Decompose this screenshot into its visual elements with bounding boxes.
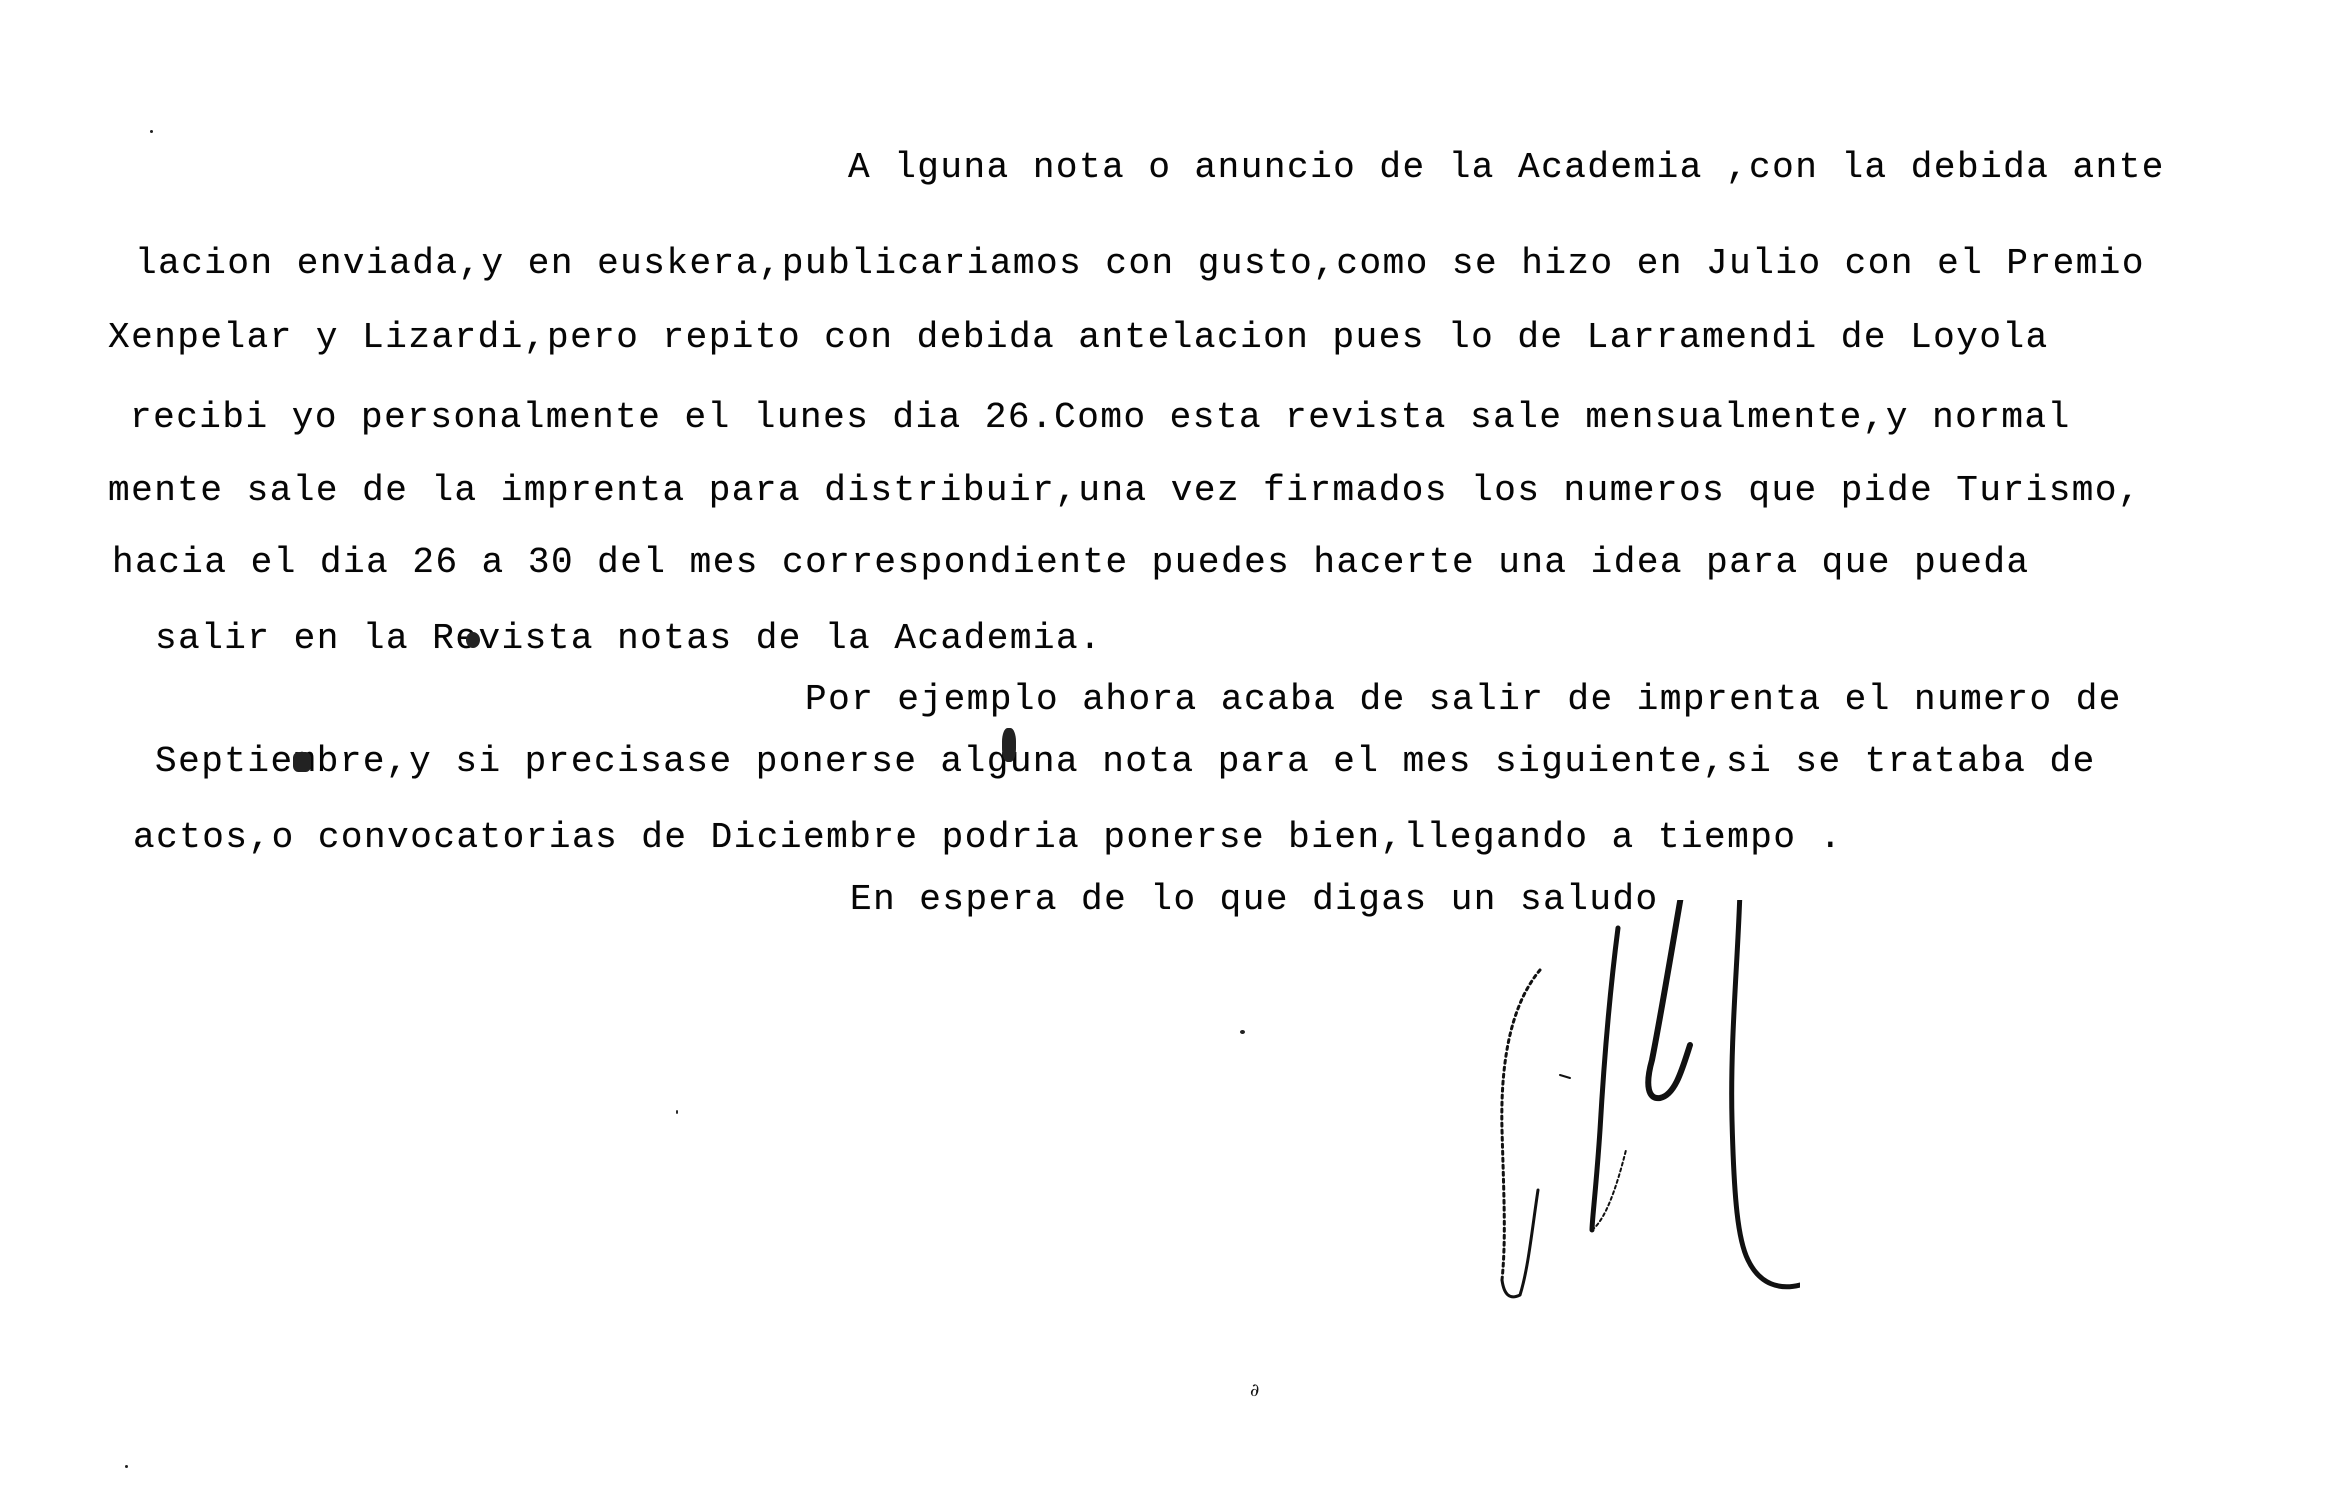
letter-line-1: A lguna nota o anuncio de la Academia ,c…: [848, 150, 2165, 186]
letter-line-9: Septiembre,y si precisase ponerse alguna…: [155, 744, 2096, 780]
scan-speck: [150, 130, 153, 133]
scan-speck: [676, 1110, 678, 1114]
letter-line-7: salir en la Revista notas de la Academia…: [155, 621, 1102, 657]
page-mark: ∂: [1250, 1380, 1259, 1401]
scan-speck: [125, 1465, 128, 1468]
ink-correction-mark: [466, 632, 480, 648]
scan-speck: [1240, 1030, 1245, 1034]
scanned-letter-page: A lguna nota o anuncio de la Academia ,c…: [0, 0, 2347, 1488]
letter-line-3: Xenpelar y Lizardi,pero repito con debid…: [108, 320, 2049, 356]
signature-icon: [1420, 900, 1800, 1340]
letter-line-8: Por ejemplo ahora acaba de salir de impr…: [805, 682, 2122, 718]
letter-line-6: hacia el dia 26 a 30 del mes correspondi…: [112, 545, 2030, 581]
letter-line-5: mente sale de la imprenta para distribui…: [108, 473, 2141, 509]
letter-line-10: actos,o convocatorias de Diciembre podri…: [133, 820, 1843, 856]
letter-line-4: recibi yo personalmente el lunes dia 26.…: [130, 400, 2071, 436]
ink-correction-mark: [293, 752, 311, 772]
letter-line-2: lacion enviada,y en euskera,publicariamo…: [135, 246, 2145, 282]
ink-correction-mark: [1002, 728, 1016, 762]
